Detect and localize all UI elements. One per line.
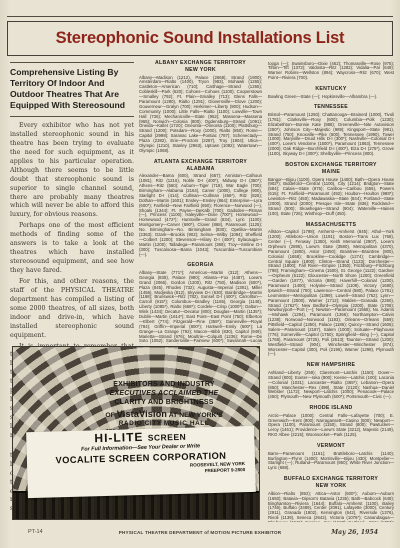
vistavision-logotype: VistaVision [117,409,167,419]
section-buffalo: BUFFALO EXCHANGE TERRITORY NEW YORK Albi… [268,476,394,522]
intro-heading: Comprehensive Listing By Territory Of In… [10,62,134,117]
section-georgia: GEORGIA Albany—State (771*); Americus—Ma… [139,262,262,344]
page-footer: PT-14 PHYSICAL THEATRE DEPARTMENT of MOT… [0,526,400,538]
section-maine-entries: Bangor—Bijou (1100), Opera House (1400);… [268,178,394,217]
section-rhode-island-entries: Arctic—Palace (1000); Central Falls—Lafa… [268,414,394,438]
tilted-screen-panel: HI-LITE SCREEN For Full Information—See … [26,426,256,498]
section-albany-entries: Albany—Madison (1212), Palace (2668), St… [139,76,262,154]
section-atlanta-territory: ATLANTA EXCHANGE TERRITORY [139,159,262,166]
top-rule [7,16,393,17]
section-new-hampshire-state: NEW HAMPSHIRE [268,362,394,369]
ad-line-4-rest: AT NEW YORK'S [169,412,223,419]
section-kentucky-entries: Bowling Green—State (—); Hopkinsville—Al… [268,95,394,100]
screen-word: SCREEN [148,432,187,443]
listing-column-middle: ALBANY EXCHANGE TERRITORY NEW YORK Alban… [139,60,262,344]
section-kentucky-state: KENTUCKY [268,86,394,93]
footer-department-line: PHYSICAL THEATRE DEPARTMENT of MOTION PI… [115,530,285,535]
section-albany: ALBANY EXCHANGE TERRITORY NEW YORK Alban… [139,60,262,154]
section-albany-state: NEW YORK [139,67,262,74]
section-buffalo-territory: BUFFALO EXCHANGE TERRITORY [268,476,394,483]
section-buffalo-state: NEW YORK [268,483,394,490]
section-rhode-island-state: RHODE ISLAND [268,405,394,412]
section-new-hampshire: NEW HAMPSHIRE Ashland—Liberty (259); Cla… [268,362,394,400]
footer-page-number: PT-14 [28,529,43,535]
ad-line-4: OF VistaVision AT NEW YORK'S [75,409,253,419]
section-massachusetts-state: MASSACHUSETTS [268,222,394,229]
hi-lite-word: HI-LITE [94,430,143,445]
section-georgia-state: GEORGIA [139,262,262,269]
section-massachusetts-entries: Allston—Capitol (1798); Amherst—Amherst … [268,230,394,357]
section-tennessee-entries: Bristol—Paramount (1250); Chattanooga—Br… [268,113,394,157]
section-atlanta: ATLANTA EXCHANGE TERRITORY ALABAMA Alexa… [139,159,262,258]
section-boston-territory: BOSTON EXCHANGE TERRITORY [268,162,394,169]
section-georgia-cont-entries: tooga (—); Swainsboro—Dixie (462); Thoma… [268,62,394,82]
section-vermont-state: VERMONT [268,443,394,450]
ad-line-3: CLARITY AND BRIGHTNESS [75,399,253,408]
magazine-page: Stereophonic Sound Installations List Co… [0,0,400,548]
section-buffalo-entries: Albion—Rialto (892); Attica—Astor (500*)… [268,492,394,522]
intro-paragraph-1: Every exhibitor who has not yet installe… [10,122,134,220]
section-boston-state: MAINE [268,169,394,176]
section-atlanta-state: ALABAMA [139,166,262,173]
vocalite-screen-advertisement: EXHIBITORS AND INDUSTRY EXECUTIVES ACCLA… [12,346,260,520]
ad-line-4-of: OF [105,412,114,419]
section-georgia-continued: tooga (—); Swainsboro—Dixie (462); Thoma… [268,62,394,82]
section-tennessee: TENNESSEE Bristol—Paramount (1250); Chat… [268,104,394,157]
section-kentucky: KENTUCKY Bowling Green—State (—); Hopkin… [268,86,394,99]
section-vermont-entries: Barre—Paramount (1161); Brattleboro—Latc… [268,452,394,472]
title-banner: Stereophonic Sound Installations List [7,21,393,56]
section-tennessee-state: TENNESSEE [268,104,394,111]
section-albany-territory: ALBANY EXCHANGE TERRITORY [139,60,262,67]
page-title: Stereophonic Sound Installations List [56,29,345,48]
section-new-hampshire-entries: Ashland—Liberty (259); Claremont—Latchis… [268,371,394,400]
intro-paragraph-2: Perhaps one of the most efficient method… [10,222,134,276]
section-atlanta-entries: Alexander—Bama (600), Strand (657); Anni… [139,174,262,257]
footer-issue-date: May 26, 1954 [331,529,378,536]
intro-paragraph-3: For this, and other reasons, the staff o… [10,278,134,341]
section-georgia-entries: Albany—State (771*); Americus—Martin (31… [139,271,262,344]
listing-column-right: tooga (—); Swainsboro—Dixie (462); Thoma… [268,60,394,522]
section-massachusetts: MASSACHUSETTS Allston—Capitol (1798); Am… [268,222,394,358]
ad-line-1: EXHIBITORS AND INDUSTRY [75,381,253,390]
section-rhode-island: RHODE ISLAND Arctic—Palace (1000); Centr… [268,405,394,438]
section-boston-maine: BOSTON EXCHANGE TERRITORY MAINE Bangor—B… [268,162,394,217]
ad-line-2: EXECUTIVES ACCLAIMED THE [75,390,253,399]
section-vermont: VERMONT Barre—Paramount (1161); Brattleb… [268,443,394,471]
